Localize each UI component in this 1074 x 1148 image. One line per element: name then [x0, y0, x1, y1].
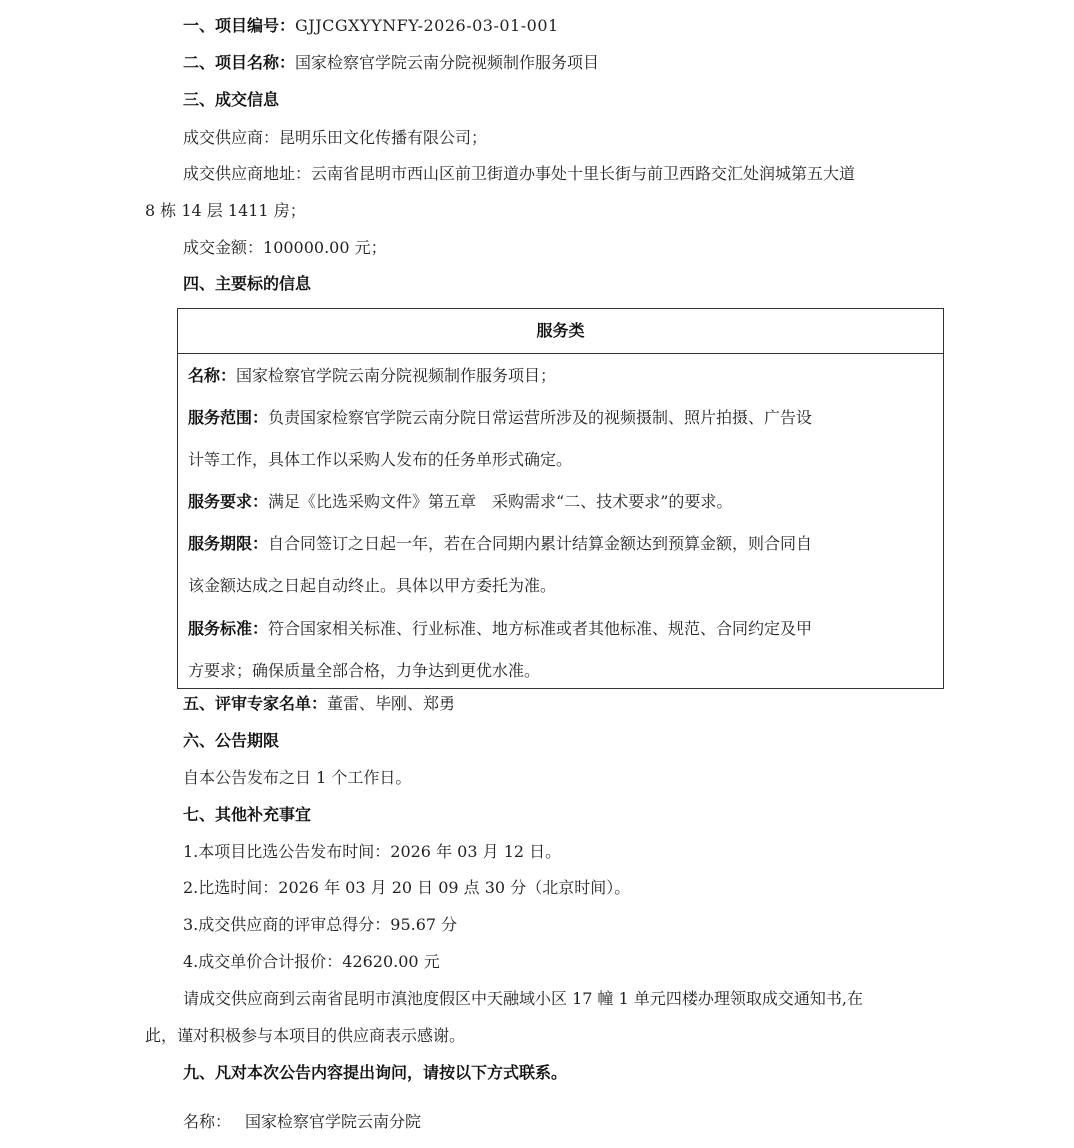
service-category: 服务类	[536, 321, 584, 340]
main-subject-heading: 四、主要标的信息	[183, 272, 311, 296]
service-table-header: 服务类	[178, 309, 943, 354]
service-info-table: 服务类 名称：国家检察官学院云南分院视频制作服务项目； 服务范围：负责国家检察官…	[177, 308, 944, 689]
contact-name-line: 名称：国家检察官学院云南分院	[183, 1110, 421, 1134]
expert-list-label: 五、评审专家名单：	[183, 694, 327, 713]
contact-name-label: 名称：	[183, 1112, 231, 1131]
service-row-scope-continued: 计等工作，具体工作以采购人发布的任务单形式确定。	[188, 448, 572, 472]
project-name-label: 二、项目名称：	[183, 53, 295, 72]
contact-name-value: 国家检察官学院云南分院	[245, 1112, 421, 1131]
supplementary-item-4: 4.成交单价合计报价：42620.00 元	[183, 950, 440, 974]
service-row-standard-continued: 方要求；确保质量全部合格，力争达到更优水准。	[188, 659, 540, 683]
supplementary-item-2: 2.比选时间：2026 年 03 月 20 日 09 点 30 分（北京时间）。	[183, 876, 630, 900]
notice-period-heading: 六、公告期限	[183, 729, 279, 753]
collection-notice: 请成交供应商到云南省昆明市滇池度假区中天融域小区 17 幢 1 单元四楼办理领取…	[183, 987, 863, 1011]
service-row-period: 服务期限：自合同签订之日起一年，若在合同期内累计结算金额达到预算金额，则合同自	[188, 532, 812, 556]
service-row-requirements: 服务要求：满足《比选采购文件》第五章 采购需求“二、技术要求”的要求。	[188, 490, 732, 514]
supplier-label: 成交供应商：	[183, 128, 279, 147]
expert-list-value: 董雷、毕刚、郑勇	[327, 694, 455, 713]
supplier-address-continued: 8 栋 14 层 1411 房；	[145, 199, 306, 223]
supplier-address-label: 成交供应商地址：	[183, 164, 311, 183]
supplier-line: 成交供应商：昆明乐田文化传播有限公司；	[183, 126, 487, 150]
supplier-value: 昆明乐田文化传播有限公司；	[279, 128, 487, 147]
project-number-label: 一、项目编号：	[183, 16, 295, 35]
inquiry-heading: 九、凡对本次公告内容提出询问，请按以下方式联系。	[183, 1061, 567, 1085]
project-number-line: 一、项目编号：GJJCGXYYNFY-2026-03-01-001	[183, 14, 559, 38]
project-name-value: 国家检察官学院云南分院视频制作服务项目	[295, 53, 599, 72]
project-number-value: GJJCGXYYNFY-2026-03-01-001	[295, 16, 559, 35]
deal-amount-label: 成交金额：	[183, 238, 263, 257]
project-name-line: 二、项目名称：国家检察官学院云南分院视频制作服务项目	[183, 51, 599, 75]
deal-info-heading: 三、成交信息	[183, 88, 279, 112]
supplementary-heading: 七、其他补充事宜	[183, 803, 311, 827]
supplementary-item-3: 3.成交供应商的评审总得分：95.67 分	[183, 913, 457, 937]
deal-amount-value: 100000.00 元；	[263, 238, 387, 257]
service-row-scope: 服务范围：负责国家检察官学院云南分院日常运营所涉及的视频摄制、照片拍摄、广告设	[188, 406, 812, 430]
notice-period-text: 自本公告发布之日 1 个工作日。	[183, 766, 411, 790]
expert-list-line: 五、评审专家名单：董雷、毕刚、郑勇	[183, 692, 455, 716]
service-row-name: 名称：国家检察官学院云南分院视频制作服务项目；	[188, 364, 556, 388]
supplier-address-value: 云南省昆明市西山区前卫街道办事处十里长街与前卫西路交汇处润城第五大道	[311, 164, 855, 183]
supplementary-item-1: 1.本项目比选公告发布时间：2026 年 03 月 12 日。	[183, 840, 561, 864]
service-row-period-continued: 该金额达成之日起自动终止。具体以甲方委托为准。	[188, 574, 556, 598]
service-row-standard: 服务标准：符合国家相关标准、行业标准、地方标准或者其他标准、规范、合同约定及甲	[188, 617, 812, 641]
deal-amount-line: 成交金额：100000.00 元；	[183, 236, 387, 260]
collection-notice-continued: 此，谨对积极参与本项目的供应商表示感谢。	[145, 1024, 465, 1048]
supplier-address-line: 成交供应商地址：云南省昆明市西山区前卫街道办事处十里长街与前卫西路交汇处润城第五…	[183, 162, 855, 186]
